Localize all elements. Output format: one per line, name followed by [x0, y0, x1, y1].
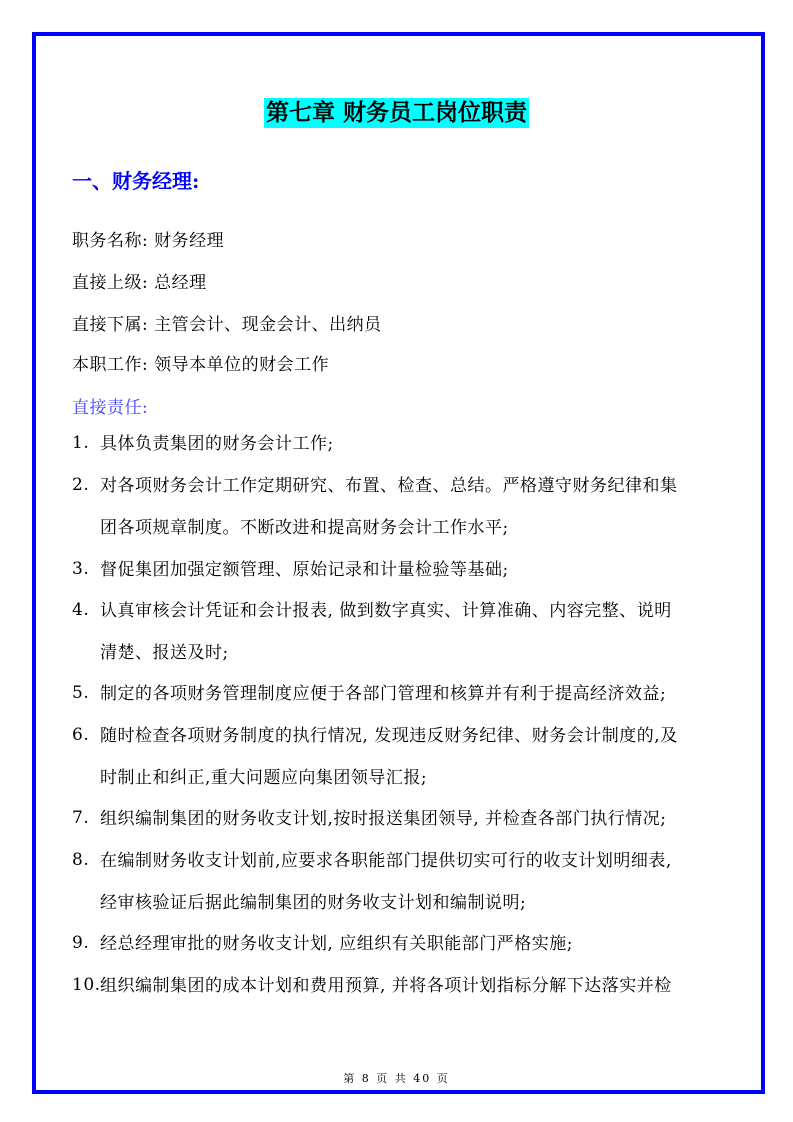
- duty-item: 6. 随时检查各项财务制度的执行情况, 发现违反财务纪律、财务会计制度的,及 时…: [72, 715, 724, 799]
- field-label: 本职工作:: [72, 355, 148, 375]
- duty-number: 3.: [72, 559, 100, 579]
- duty-item: 3. 督促集团加强定额管理、原始记录和计量检验等基础;: [72, 549, 724, 591]
- duty-text: 组织编制集团的成本计划和费用预算, 并将各项计划指标分解下达落实并检: [100, 965, 724, 1007]
- duty-number: 4.: [72, 600, 100, 620]
- duty-item: 9. 经总经理审批的财务收支计划, 应组织有关职能部门严格实施;: [72, 923, 724, 965]
- duty-item: 2. 对各项财务会计工作定期研究、布置、检查、总结。严格遵守财务纪律和集 团各项…: [72, 465, 724, 549]
- duty-text: 具体负责集团的财务会计工作;: [100, 423, 724, 465]
- field-main-work: 本职工作: 领导本单位的财会工作: [72, 350, 329, 375]
- field-value: 领导本单位的财会工作: [154, 355, 329, 375]
- duty-text: 制定的各项财务管理制度应便于各部门管理和核算并有利于提高经济效益;: [100, 673, 724, 715]
- chapter-title-text: 第七章 财务员工岗位职责: [264, 98, 529, 128]
- chapter-title: 第七章 财务员工岗位职责: [0, 94, 793, 127]
- field-label: 直接上级:: [72, 273, 148, 293]
- duty-text: 督促集团加强定额管理、原始记录和计量检验等基础;: [100, 549, 724, 591]
- duty-number: 6.: [72, 725, 100, 745]
- duty-item: 10. 组织编制集团的成本计划和费用预算, 并将各项计划指标分解下达落实并检: [72, 965, 724, 1007]
- field-label: 职务名称:: [72, 231, 148, 251]
- duty-number: 10.: [72, 975, 100, 995]
- duty-number: 8.: [72, 850, 100, 870]
- duty-item: 4. 认真审核会计凭证和会计报表, 做到数字真实、计算准确、内容完整、说明 清楚…: [72, 590, 724, 674]
- duty-number: 7.: [72, 808, 100, 828]
- duty-text: 认真审核会计凭证和会计报表, 做到数字真实、计算准确、内容完整、说明 清楚、报送…: [100, 590, 724, 674]
- section-heading: 一、财务经理:: [72, 165, 199, 194]
- field-value: 财务经理: [154, 231, 224, 251]
- duty-item: 7. 组织编制集团的财务收支计划,按时报送集团领导, 并检查各部门执行情况;: [72, 798, 724, 840]
- duty-text: 随时检查各项财务制度的执行情况, 发现违反财务纪律、财务会计制度的,及 时制止和…: [100, 715, 724, 799]
- field-job-title: 职务名称: 财务经理: [72, 226, 224, 251]
- field-label: 直接下属:: [72, 315, 148, 335]
- page-footer: 第 8 页 共 40 页: [0, 1070, 793, 1086]
- duty-number: 2.: [72, 475, 100, 495]
- duty-item: 1. 具体负责集团的财务会计工作;: [72, 423, 724, 465]
- duty-text: 组织编制集团的财务收支计划,按时报送集团领导, 并检查各部门执行情况;: [100, 798, 724, 840]
- field-supervisor: 直接上级: 总经理: [72, 268, 207, 293]
- duty-item: 8. 在编制财务收支计划前,应要求各职能部门提供切实可行的收支计划明细表, 经审…: [72, 840, 724, 924]
- duty-text: 经总经理审批的财务收支计划, 应组织有关职能部门严格实施;: [100, 923, 724, 965]
- duty-number: 9.: [72, 933, 100, 953]
- duty-item: 5. 制定的各项财务管理制度应便于各部门管理和核算并有利于提高经济效益;: [72, 673, 724, 715]
- duties-heading: 直接责任:: [72, 393, 148, 418]
- field-subordinates: 直接下属: 主管会计、现金会计、出纳员: [72, 310, 382, 335]
- field-value: 总经理: [154, 273, 207, 293]
- duty-number: 5.: [72, 683, 100, 703]
- duty-text: 在编制财务收支计划前,应要求各职能部门提供切实可行的收支计划明细表, 经审核验证…: [100, 840, 724, 924]
- duty-number: 1.: [72, 433, 100, 453]
- duty-text: 对各项财务会计工作定期研究、布置、检查、总结。严格遵守财务纪律和集 团各项规章制…: [100, 465, 724, 549]
- field-value: 主管会计、现金会计、出纳员: [154, 315, 382, 335]
